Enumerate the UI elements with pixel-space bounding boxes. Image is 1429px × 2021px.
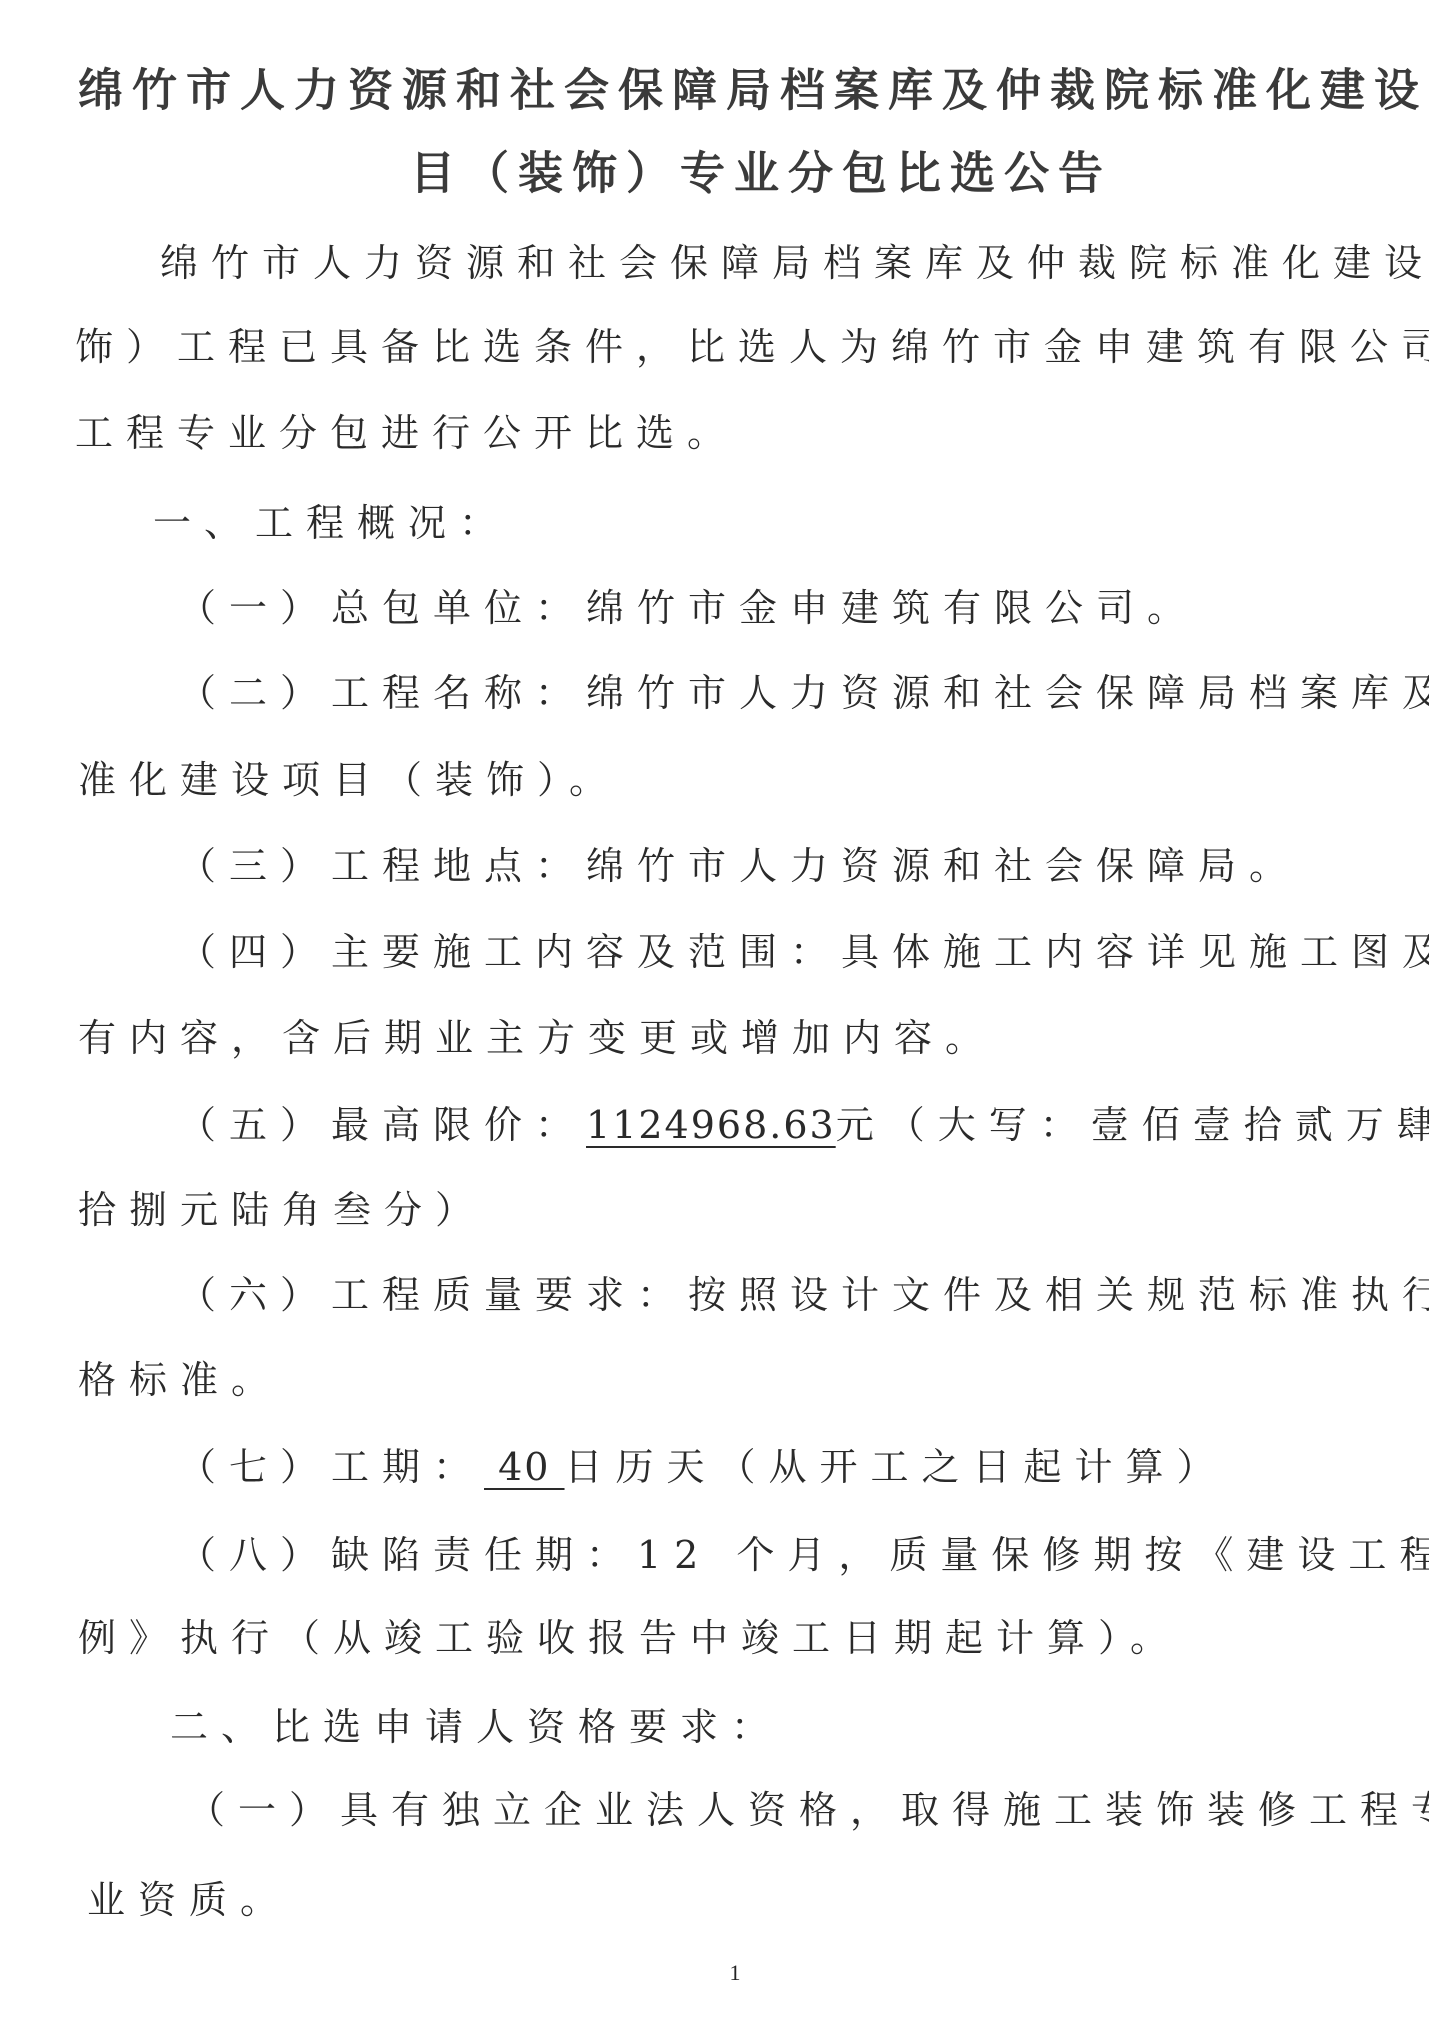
project-location: （三）工程地点：绵竹市人力资源和社会保障局。 xyxy=(178,847,1300,885)
duration-line: （七）工期： 40 日历天（从开工之日起计算） xyxy=(178,1448,1228,1486)
section-heading: 二、比选申请人资格要求： xyxy=(170,1708,782,1746)
defect-period-line-2: 例》执行（从竣工验收报告中竣工日期起计算）。 xyxy=(78,1619,1181,1657)
max-price-amount: 1124968.63 xyxy=(586,1103,836,1147)
max-price-line-2: 拾捌元陆角叁分） xyxy=(78,1191,486,1229)
intro-line-1: 绵竹市人力资源和社会保障局档案库及仲裁院标准化建设项目（装 xyxy=(160,244,1429,282)
work-scope-line-1: （四）主要施工内容及范围：具体施工内容详见施工图及清单的所 xyxy=(178,933,1429,971)
intro-line-3: 工程专业分包进行公开比选。 xyxy=(75,414,738,452)
defect-period-line-1: （八）缺陷责任期：12 个月，质量保修期按《建设工程质量管理条 xyxy=(178,1536,1429,1574)
duration-days: 40 xyxy=(484,1445,565,1489)
max-price-label: （五）最高限价： xyxy=(178,1103,586,1147)
max-price-line-1: （五）最高限价：1124968.63元（大写：壹佰壹拾贰万肆仟玖佰陆 xyxy=(178,1106,1429,1144)
general-contractor: （一）总包单位：绵竹市金申建筑有限公司。 xyxy=(178,589,1198,627)
title-line-1: 绵竹市人力资源和社会保障局档案库及仲裁院标准化建设项 xyxy=(78,68,1429,113)
section-heading: 一、工程概况： xyxy=(153,504,510,542)
page-number: 1 xyxy=(730,1960,741,1986)
duration-unit: 日历天（从开工之日起计算） xyxy=(565,1445,1228,1489)
qualification-line-1: （一）具有独立企业法人资格，取得施工装饰装修工程专业承包企 xyxy=(187,1791,1429,1829)
qualification-line-2: 业资质。 xyxy=(87,1881,291,1919)
work-scope-line-2: 有内容，含后期业主方变更或增加内容。 xyxy=(78,1019,996,1057)
quality-line-2: 格标准。 xyxy=(78,1361,282,1399)
project-name-line-1: （二）工程名称：绵竹市人力资源和社会保障局档案库及仲裁院标 xyxy=(178,674,1429,712)
title-line-2: 目（装饰）专业分包比选公告 xyxy=(410,151,1112,196)
intro-line-2: 饰）工程已具备比选条件，比选人为绵竹市金申建筑有限公司，现对该 xyxy=(75,328,1429,366)
duration-label: （七）工期： xyxy=(178,1445,484,1489)
max-price-words: 元（大写：壹佰壹拾贰万肆仟玖佰陆 xyxy=(836,1103,1429,1147)
project-name-line-2: 准化建设项目（装饰）。 xyxy=(78,761,620,799)
quality-line-1: （六）工程质量要求：按照设计文件及相关规范标准执行，达到合 xyxy=(178,1276,1429,1314)
